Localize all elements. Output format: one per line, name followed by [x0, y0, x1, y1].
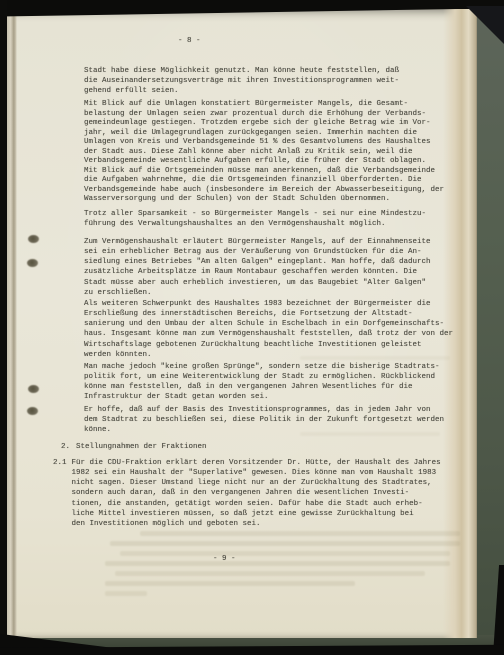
- punch-hole: [27, 259, 38, 267]
- numbered-item: 2.1 Für die CDU-Fraktion erklärt deren V…: [53, 458, 441, 529]
- punch-hole: [28, 385, 39, 393]
- item-text: Für die CDU-Fraktion erklärt deren Vorsi…: [72, 458, 441, 529]
- scan-border-left: [0, 0, 7, 655]
- paragraph: Man mache jedoch "keine großen Sprünge",…: [84, 362, 440, 403]
- bleed-through-line: [105, 561, 450, 566]
- paragraph: Zum Vermögenshaushalt erläutert Bürgerme…: [84, 237, 431, 298]
- punch-hole: [28, 235, 39, 243]
- bleed-through-line: [105, 581, 355, 586]
- section-number: 2.: [61, 442, 70, 452]
- bleed-through-line: [140, 531, 460, 536]
- page-number-bottom: - 9 -: [213, 554, 236, 564]
- bleed-through-line: [105, 591, 147, 596]
- section-title: Stellungnahmen der Fraktionen: [76, 442, 207, 452]
- bleed-through-line: [110, 541, 460, 546]
- paragraph: Als weiteren Schwerpunkt des Haushaltes …: [84, 299, 453, 360]
- paragraph: Trotz aller Sparsamkeit - so Bürgermeist…: [84, 209, 426, 229]
- paragraph: Mit Blick auf die Umlagen konstatiert Bü…: [84, 100, 444, 205]
- bleed-through-line: [120, 551, 450, 556]
- paragraph: Er hoffe, daß auf der Basis des Investit…: [84, 405, 444, 435]
- section-heading: 2. Stellungnahmen der Fraktionen: [61, 442, 207, 452]
- punch-hole: [27, 407, 38, 415]
- paragraph: Stadt habe diese Möglichkeit genutzt. Ma…: [84, 66, 399, 96]
- page-number-top: - 8 -: [178, 36, 201, 46]
- bleed-through-line: [115, 571, 425, 576]
- scanned-document-page: - 8 - Stadt habe diese Möglichkeit genut…: [0, 0, 504, 655]
- item-number: 2.1: [53, 458, 67, 529]
